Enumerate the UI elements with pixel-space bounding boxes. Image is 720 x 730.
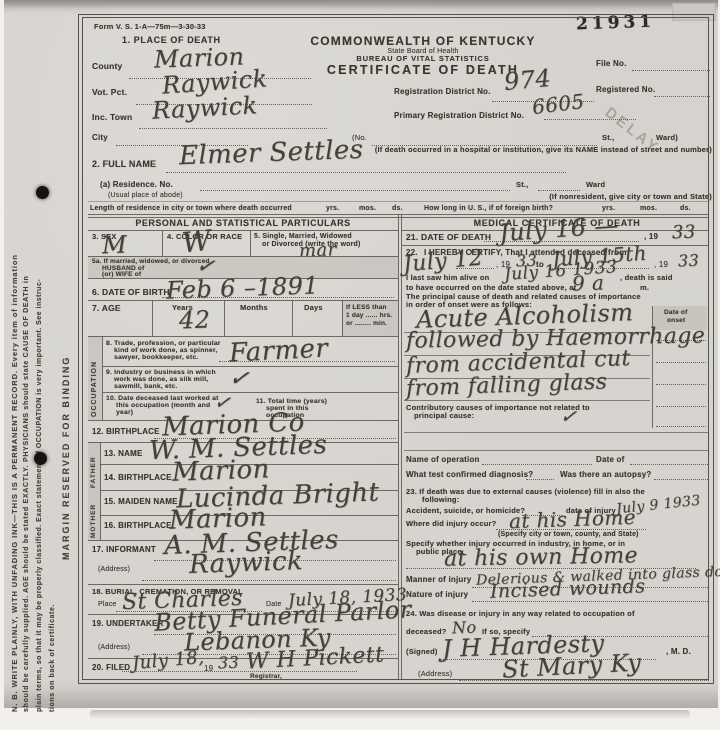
county-label: County <box>92 62 122 71</box>
physician-address-label: (Address) <box>418 670 452 678</box>
scan-edge-shadow <box>4 0 718 9</box>
cause-rule-4 <box>404 400 650 401</box>
operation-date-line <box>630 464 708 465</box>
city-ward-label: Ward) <box>656 134 678 142</box>
inc-town-label: Inc. Town <box>92 113 132 122</box>
registered-no-line <box>654 96 710 97</box>
scan-artifact-streak <box>90 710 690 719</box>
signed-label: (Signed) <box>406 648 438 656</box>
ds2-label: ds. <box>680 205 691 213</box>
registration-district-label: Registration District No. <box>394 88 491 97</box>
where-label: Where did injury occur? <box>406 520 496 528</box>
operation-date-label: Date of <box>596 456 625 465</box>
punch-hole-top <box>36 186 49 199</box>
contributory-rule-1 <box>404 432 708 433</box>
nature-line <box>472 601 708 602</box>
registrar-label: Registrar, <box>250 673 282 680</box>
physician-address-value: St Mary Ky <box>501 650 641 681</box>
margin-note-4: tions on back of certificate. <box>49 604 56 712</box>
nonresident-note: (If nonresident, give city or town and S… <box>472 193 712 201</box>
deceased-label: deceased? <box>406 628 447 636</box>
onset-label-1: Date of <box>664 309 687 316</box>
onset-line-2 <box>656 362 706 363</box>
margin-note-3: plain terms, so that it may be properly … <box>36 279 43 712</box>
physician-address-line <box>459 680 709 681</box>
specify-value: at his own Home <box>444 545 638 570</box>
full-name-value: Elmer Settles <box>179 137 364 169</box>
to-year-printed: , 19 <box>654 261 668 270</box>
where-line <box>496 529 646 530</box>
scan-bottom-shadow <box>4 688 718 708</box>
trade-line <box>219 361 395 362</box>
full-name-label: 2. FULL NAME <box>92 160 156 170</box>
to-year-hw: 33 <box>678 253 700 270</box>
test-line <box>526 479 554 480</box>
race-marital-divider <box>250 230 251 256</box>
length-label: Length of residence in city or town wher… <box>90 205 292 213</box>
residence-st-label: St., <box>516 181 528 189</box>
md-label: , M. D. <box>666 648 691 657</box>
filed-line <box>122 671 357 672</box>
specify-city-note: (Specify city or town, county, and State… <box>498 531 639 539</box>
mother-side-label: MOTHER <box>90 504 97 538</box>
occupation-side-label: OCCUPATION <box>91 361 98 417</box>
accident-label: Accident, suicide, or homicide? <box>406 507 525 515</box>
filed-year-printed: 19 <box>204 665 213 674</box>
age-col-2 <box>224 300 225 336</box>
dod-year-hw: 33 <box>672 224 696 243</box>
death-certificate-scan: { "stamp_number": "21931", "delay_stamp"… <box>0 0 720 730</box>
inc-town-line <box>139 128 327 129</box>
ds-label: ds. <box>392 205 403 213</box>
occupation-question-label: 24. Was disease or injury in any way rel… <box>406 610 635 618</box>
operation-label: Name of operation <box>406 456 480 465</box>
personal-section-title: PERSONAL AND STATISTICAL PARTICULARS <box>88 219 398 229</box>
informant-label: 17. INFORMANT <box>92 546 156 555</box>
father-name-label: 13. NAME <box>104 450 143 459</box>
undertaker-address-label: (Address) <box>98 644 130 652</box>
death-said-label: , death is said <box>620 274 673 282</box>
race-value: W <box>181 227 213 258</box>
certify-top-rule <box>402 245 708 246</box>
file-no-line <box>632 70 710 71</box>
dob-line <box>162 297 394 298</box>
occupation-strip-line <box>102 336 103 420</box>
parents-strip-line <box>100 442 101 540</box>
attended-from-line <box>456 268 494 269</box>
filed-year-hw: 33 <box>218 655 240 672</box>
onset-line-5 <box>656 426 706 427</box>
contributory-label-2: principal cause: <box>414 412 474 420</box>
violence-label-2: following: <box>422 496 459 504</box>
length-row-rule <box>88 201 708 202</box>
age-years-value: 42 <box>179 307 211 332</box>
where-value: at his Home <box>509 507 637 531</box>
margin-binding-label: MARGIN RESERVED FOR BINDING <box>61 356 71 560</box>
nature-value: Incised wounds <box>490 577 646 601</box>
age-less-label-2: 1 day ...... hrs. <box>346 312 392 319</box>
scanned-paper: 21931 DELAY N. B. WRITE PLAINLY, WITH UN… <box>4 0 718 708</box>
residence-label: (a) Residence. No. <box>100 181 173 190</box>
mother-birthplace-label: 16. BIRTHPLACE <box>104 522 172 531</box>
city-st-label: St., <box>602 134 614 142</box>
dob-label: 6. DATE OF BIRTH <box>92 288 170 297</box>
informant-address-value: Raywick <box>189 548 304 578</box>
yrs-label: yrs. <box>326 205 339 213</box>
age-less-label-1: If LESS than <box>346 304 387 311</box>
row345-top-rule <box>88 230 398 231</box>
header-bureau: BUREAU OF VITAL STATISTICS <box>287 55 559 63</box>
registration-district-value: 974 <box>503 66 552 94</box>
dod-year-printed: , 19 <box>644 233 658 242</box>
burial-top-rule <box>88 584 398 585</box>
age-label: 7. AGE <box>92 304 121 313</box>
informant-address-line <box>142 580 396 581</box>
manner-label: Manner of injury <box>406 576 471 585</box>
residence-ward-label: Ward <box>586 181 605 189</box>
registered-no-label: Registered No. <box>596 86 655 95</box>
burial-place-label: Place <box>98 601 117 609</box>
onset-line-3 <box>656 384 706 385</box>
primary-district-label: Primary Registration District No. <box>394 112 524 121</box>
age-col-3 <box>292 300 293 336</box>
informant-address-label: (Address) <box>98 566 130 574</box>
mother-maiden-label: 15. MAIDEN NAME <box>104 498 178 507</box>
residence-no-line <box>200 190 510 191</box>
test-label: What test confirmed diagnosis? <box>406 471 533 480</box>
primary-district-line <box>544 119 636 120</box>
punch-hole-bottom <box>34 452 47 465</box>
age-days-label: Days <box>304 304 323 312</box>
occurred-time-value: 9 a <box>572 272 605 293</box>
father-side-label: FATHER <box>90 456 97 488</box>
sex-race-divider <box>162 230 163 256</box>
city-label: City <box>92 134 108 143</box>
last-worked-label-3: year) <box>116 409 133 416</box>
sex-value: M <box>102 233 128 258</box>
lastworked-top-rule <box>102 392 398 393</box>
age-col-1 <box>152 300 153 336</box>
margin-note-1: N. B. WRITE PLAINLY, WITH UNFADING INK—T… <box>10 254 19 712</box>
industry-label-3: sawmill, bank, etc. <box>114 383 178 390</box>
contributory-value-checkmark: ✓ <box>559 405 578 427</box>
residence-ward-line <box>538 190 580 191</box>
last-saw-label: I last saw him alive on <box>406 274 489 282</box>
age-less-label-3: or ........ min. <box>346 320 387 327</box>
dob-value: Feb 6 –1891 <box>166 273 320 302</box>
father-birthplace-label: 14. BIRTHPLACE <box>104 474 172 483</box>
undertaker-label: 19. UNDERTAKER <box>92 620 164 629</box>
onset-line-4 <box>656 406 706 407</box>
autopsy-line <box>654 479 708 480</box>
hospital-note: (If death occurred in a hospital or inst… <box>334 146 712 154</box>
occurred-label: to have occurred on the date stated abov… <box>406 284 576 292</box>
foreign-birth-label: How long in U. S., if of foreign birth? <box>424 205 553 213</box>
form-number: Form V. S. 1-A—75m—3-30-33 <box>94 23 206 31</box>
mos2-label: mos. <box>640 205 657 213</box>
contributory-rule-2 <box>404 450 708 451</box>
autopsy-label: Was there an autopsy? <box>560 471 651 480</box>
occurred-m-label: m. <box>640 284 649 292</box>
operation-line <box>482 464 592 465</box>
full-name-line <box>166 172 566 173</box>
margin-note-2: should be carefully supplied. AGE should… <box>23 276 30 712</box>
trade-label-3: sawyer, bookkeeper, etc. <box>114 354 199 361</box>
inc-town-value: Raywick <box>151 93 258 122</box>
precinct-label: Vot. Pct. <box>92 88 127 97</box>
age-months-label: Months <box>240 304 268 312</box>
file-no-label: File No. <box>596 60 627 69</box>
industry-value-checkmark: ✓ <box>227 365 251 392</box>
dod-label: 21. DATE OF DEATH <box>406 233 491 242</box>
header-commonwealth: COMMONWEALTH OF KENTUCKY <box>287 35 559 48</box>
primary-district-value: 6605 <box>531 91 586 117</box>
abode-note: (Usual place of abode) <box>108 192 183 200</box>
nature-label: Nature of injury <box>406 591 468 600</box>
mos-label: mos. <box>359 205 376 213</box>
